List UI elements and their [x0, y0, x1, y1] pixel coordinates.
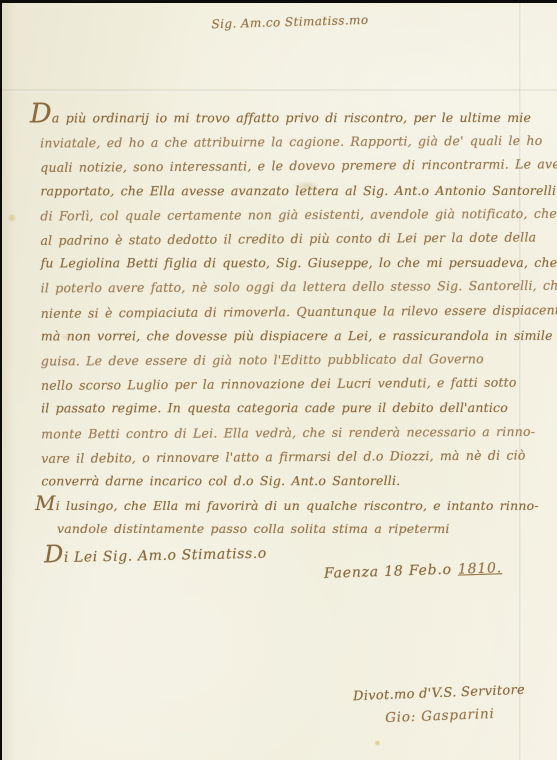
dateline-place-date: Faenza 18 Feb.o — [324, 562, 452, 582]
paper-sheet: Sig. Am.co Stimatiss.mo Da più ordinarij… — [2, 3, 557, 760]
body-line: converrà darne incarico col d.o Sig. Ant… — [41, 469, 533, 494]
body-line: rapportato, che Ella avesse avanzato let… — [40, 179, 532, 204]
signature-block: Divot.mo d'V.S. Servitore Gio: Gasparini — [336, 679, 543, 731]
body-line: quali notizie, sono interessanti, e le d… — [40, 153, 532, 181]
closing-line: vandole distintamente passo colla solita… — [57, 517, 535, 540]
body-line: il poterlo avere fatto, nè solo oggi da … — [41, 274, 533, 301]
body-line: inviatale, ed ho a che attribuirne la ca… — [40, 129, 532, 156]
dateline: Faenza 18 Feb.o1810. — [324, 560, 502, 582]
scan-edge-left — [0, 0, 2, 760]
letter-scan: Sig. Am.co Stimatiss.mo Da più ordinarij… — [0, 0, 557, 760]
body-line: vare il debito, o rinnovare l'atto a fir… — [41, 443, 533, 471]
body-paragraph: Da più ordinarij io mi trovo affatto pri… — [40, 101, 533, 494]
left-edge-shading — [2, 3, 16, 760]
closing-line: Mi lusingo, che Ella mi favorirà di un q… — [35, 492, 535, 517]
body-line: nello scorso Luglio per la rinnovazione … — [41, 371, 533, 399]
salutation: Sig. Am.co Stimatiss.mo — [170, 12, 410, 33]
body-line: fu Legiolina Betti figlia di questo, Sig… — [41, 251, 533, 276]
dateline-year: 1810. — [458, 560, 503, 577]
body-line: mà non vorrei, che dovesse più dispiacer… — [41, 324, 533, 349]
valediction: Di Lei Sig. Am.o Stimatiss.o — [44, 536, 267, 569]
closing-paragraph: Mi lusingo, che Ella mi favorirà di un q… — [35, 492, 535, 540]
body-line: niente si è compiaciuta di rimoverla. Qu… — [41, 298, 533, 326]
body-line: monte Betti contro di Lei. Ella vedrà, c… — [41, 419, 533, 446]
horizontal-fold-crease — [2, 89, 557, 93]
body-line: guisa. Le deve essere di già noto l'Edit… — [41, 347, 533, 374]
body-line: al padrino è stato dedotto il credito di… — [40, 225, 532, 253]
body-line: il passato regime. In questa categoria c… — [41, 396, 533, 421]
body-line: di Forlì, col quale certamente non già e… — [40, 202, 532, 229]
body-line: Da più ordinarij io mi trovo affatto pri… — [30, 102, 532, 131]
scan-edge-top — [0, 0, 557, 3]
stain — [374, 740, 381, 746]
